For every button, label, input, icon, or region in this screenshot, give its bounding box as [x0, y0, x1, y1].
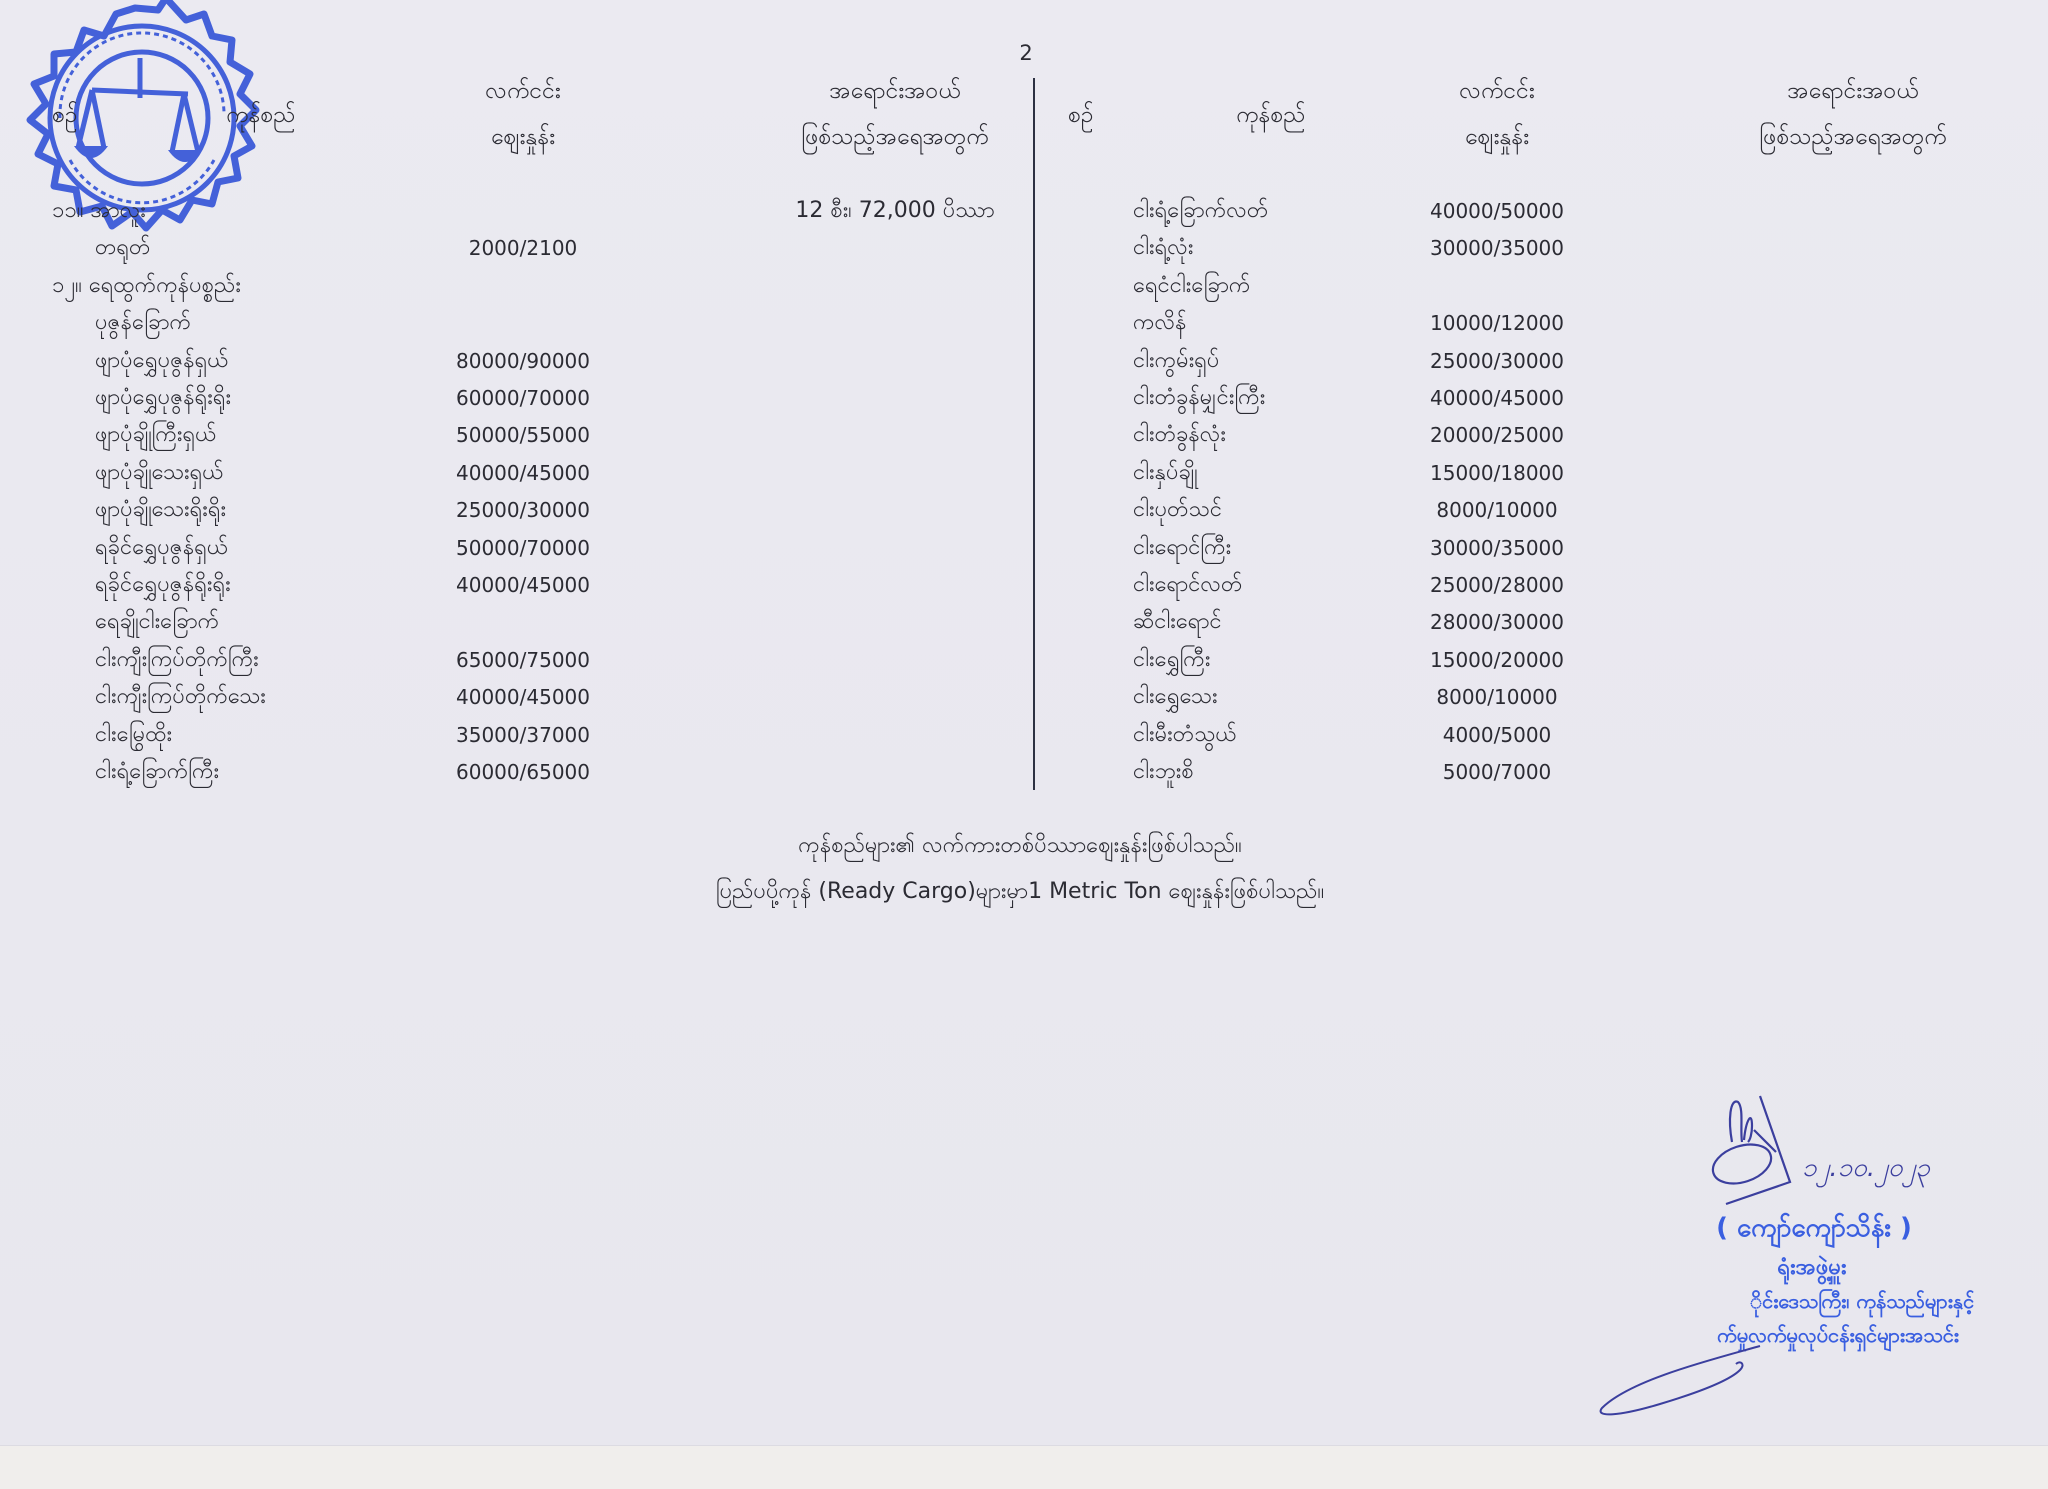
wholesale-price: 50000/70000 — [456, 533, 590, 563]
left-header-serial: စဉ် — [52, 100, 78, 134]
wholesale-price: 28000/30000 — [1430, 607, 1564, 637]
commodity-label: ရခိုင်ရွှေပုဇွန်ရှယ် — [95, 533, 228, 563]
footnote-export-unit: ပြည်ပပို့ကုန် (Ready Cargo)များမှာ1 Metr… — [716, 876, 1324, 909]
column-divider — [1033, 78, 1035, 790]
signatory-title: ရုံးအဖွဲ့မှူး — [1777, 1252, 1846, 1285]
wholesale-price: 40000/45000 — [456, 570, 590, 600]
signature-date: ၁၂.၁၀.၂၀၂၃ — [1802, 1150, 1930, 1189]
commodity-label: ငါးရံ့ခြောက်လတ် — [1133, 196, 1268, 226]
wholesale-price: 65000/75000 — [456, 645, 590, 675]
commodity-label: ဖျာပုံရွှေပုဇွန်ရှယ် — [95, 346, 229, 376]
wholesale-price: 25000/30000 — [1430, 346, 1564, 376]
commodity-label: ငါးပုတ်သင် — [1133, 495, 1222, 525]
commodity-label: ငါးနှပ်ချို — [1133, 458, 1198, 488]
wholesale-price: 5000/7000 — [1443, 757, 1552, 787]
commodity-label: ကလိန် — [1133, 308, 1187, 338]
commodity-label: ငါးကျီးကြပ်တိုက်ကြီး — [95, 645, 259, 675]
signatory-name: ( ကျော်ကျော်သိန်း ) — [1716, 1210, 1912, 1249]
wholesale-price: 15000/18000 — [1430, 458, 1564, 488]
wholesale-price: 8000/10000 — [1436, 682, 1557, 712]
wholesale-price: 30000/35000 — [1430, 233, 1564, 263]
commodity-label: ဆီငါးရောင် — [1133, 607, 1222, 637]
right-header-volume-line2: ဖြစ်သည့်အရေအတွက် — [1759, 122, 1946, 156]
trade-volume: 12 စီး၊ 72,000 ပိဿာ — [795, 196, 994, 226]
right-header-commodity: ကုန်စည် — [1236, 100, 1306, 134]
commodity-label: ရေငံငါးခြောက် — [1133, 271, 1250, 301]
category-label: ၁၁။ အာလူး — [52, 196, 146, 226]
commodity-label: ငါးရွှေကြီး — [1133, 645, 1210, 675]
left-header-price-line2: ဈေးနှုန်း — [491, 122, 555, 156]
wholesale-price: 80000/90000 — [456, 346, 590, 376]
wholesale-price: 60000/70000 — [456, 383, 590, 413]
page-number: 2 — [1019, 41, 1032, 65]
left-header-commodity: ကုန်စည် — [226, 100, 296, 134]
commodity-label: ငါးရံ့ခြောက်ကြီး — [95, 757, 219, 787]
commodity-label: ဖျာပုံချိုကြီးရှယ် — [95, 420, 216, 450]
wholesale-price: 10000/12000 — [1430, 308, 1564, 338]
wholesale-price: 20000/25000 — [1430, 420, 1564, 450]
wholesale-price: 25000/30000 — [456, 495, 590, 525]
wholesale-price: 40000/45000 — [456, 458, 590, 488]
wholesale-price: 25000/28000 — [1430, 570, 1564, 600]
commodity-label: ငါးတံခွန်မျှင်းကြီး — [1133, 383, 1265, 413]
wholesale-price: 60000/65000 — [456, 757, 590, 787]
right-header-volume-line1: အရောင်းအဝယ် — [1787, 76, 1918, 110]
commodity-label: ငါးရံ့လုံး — [1133, 233, 1193, 263]
wholesale-price: 50000/55000 — [456, 420, 590, 450]
right-header-serial: စဉ် — [1068, 100, 1094, 134]
wholesale-price: 4000/5000 — [1443, 720, 1552, 750]
commodity-label: ငါးမြွေထိုး — [95, 720, 172, 750]
signatory-org-line1: ိုင်းဒေသကြီး၊ ကုန်သည်များနှင့် — [1750, 1288, 1974, 1318]
wholesale-price: 2000/2100 — [469, 233, 578, 263]
left-header-volume-line2: ဖြစ်သည့်အရေအတွက် — [801, 122, 988, 156]
wholesale-price: 40000/45000 — [1430, 383, 1564, 413]
commodity-label: တရုတ် — [95, 233, 150, 263]
footnote-wholesale-unit: ကုန်စည်များ၏ လက်ကားတစ်ပိဿာဈေးနှုန်းဖြစ်ပ… — [798, 830, 1241, 863]
handwritten-signature-icon — [1690, 1080, 1990, 1210]
commodity-label: ငါးကျီးကြပ်တိုက်သေး — [95, 682, 266, 712]
commodity-label: ငါးဘူးစိ — [1133, 757, 1194, 787]
commodity-label: ပုဇွန်ခြောက် — [95, 308, 191, 338]
wholesale-price: 8000/10000 — [1436, 495, 1557, 525]
wholesale-price: 35000/37000 — [456, 720, 590, 750]
commodity-label: ရေချိုငါးခြောက် — [95, 607, 219, 637]
right-header-price-line1: လက်ငင်း — [1459, 76, 1534, 110]
category-label: ၁၂။ ရေထွက်ကုန်ပစ္စည်း — [52, 271, 241, 301]
commodity-label: ဖျာပုံချိုသေးရှယ် — [95, 458, 224, 488]
wholesale-price: 15000/20000 — [1430, 645, 1564, 675]
commodity-label: ငါးကွမ်းရှပ် — [1133, 346, 1219, 376]
commodity-label: ငါးရွှေသေး — [1133, 682, 1218, 712]
commodity-label: ငါးတံခွန်လုံး — [1133, 420, 1226, 450]
scan-edge-band — [0, 1445, 2048, 1489]
wholesale-price: 30000/35000 — [1430, 533, 1564, 563]
commodity-label: ဖျာပုံချိုသေးရိုးရိုး — [95, 495, 226, 525]
commodity-label: ငါးမီးတံသွယ် — [1133, 720, 1237, 750]
wholesale-price: 40000/45000 — [456, 682, 590, 712]
commodity-label: ငါးရောင်လတ် — [1133, 570, 1242, 600]
commodity-label: ဖျာပုံရွှေပုဇွန်ရိုးရိုး — [95, 383, 231, 413]
wholesale-price: 40000/50000 — [1430, 196, 1564, 226]
left-header-price-line1: လက်ငင်း — [485, 76, 560, 110]
signature-flourish-icon — [1590, 1340, 1790, 1420]
right-header-price-line2: ဈေးနှုန်း — [1465, 122, 1529, 156]
commodity-label: ရခိုင်ရွှေပုဇွန်ရိုးရိုး — [95, 570, 231, 600]
left-header-volume-line1: အရောင်းအဝယ် — [829, 76, 960, 110]
commodity-label: ငါးရောင်ကြီး — [1133, 533, 1231, 563]
